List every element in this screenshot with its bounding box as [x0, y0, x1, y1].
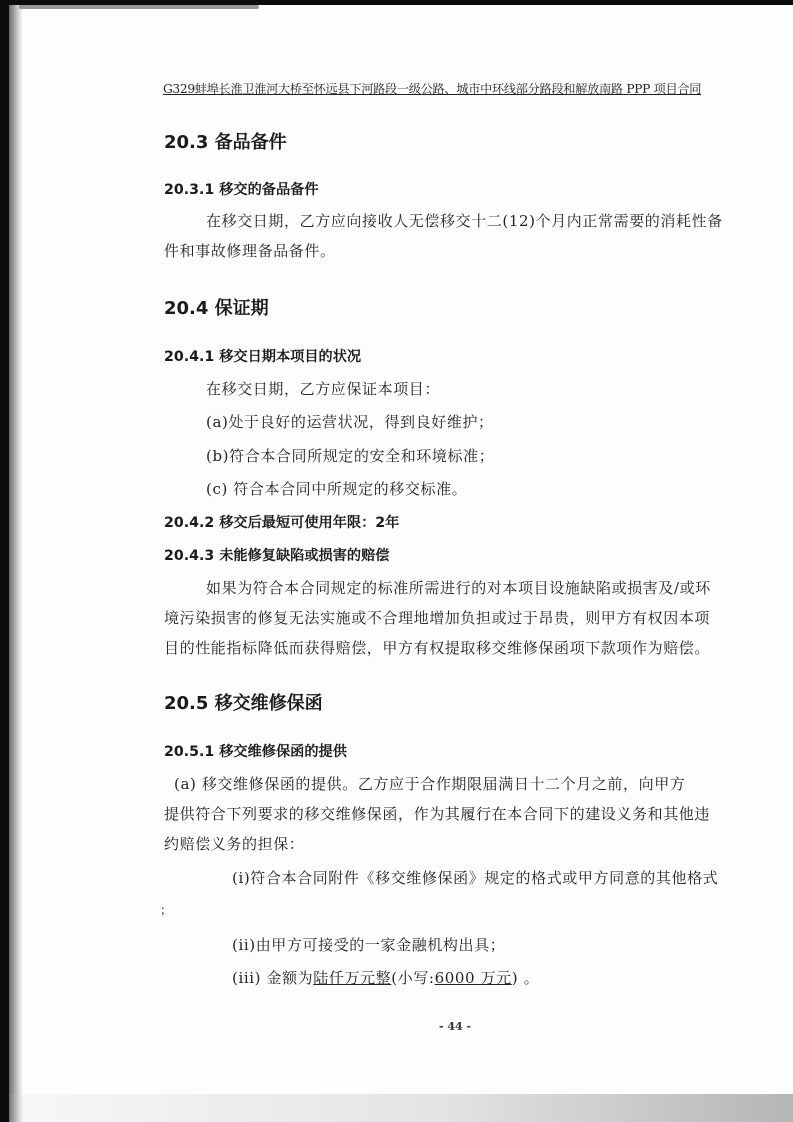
- list-item-a: (a)处于良好的运营状况，得到良好维护；: [206, 411, 494, 432]
- paragraph-line: 如果为符合本合同规定的标准所需进行的对本项目设施缺陷或损害及/或环: [206, 577, 711, 598]
- scan-shadow-bottom: [9, 1094, 793, 1122]
- list-item-b: (b)符合本合同所规定的安全和环境标准；: [206, 445, 494, 466]
- section-heading-20-3: 20.3 备品备件: [164, 128, 287, 154]
- paragraph-line: 在移交日期，乙方应保证本项目：: [206, 378, 440, 399]
- running-header: G329蚌埠长淮卫淮河大桥至怀远县下河路段一级公路、城市中环线部分路段和解放南路…: [163, 80, 701, 97]
- paragraph-line: 境污染损害的修复无法实施或不合理地增加负担或过于昂贵，则甲方有权因本项: [164, 607, 710, 628]
- section-heading-20-5: 20.5 移交维修保函: [164, 689, 323, 715]
- amount-in-figures: 6000 万元: [435, 969, 512, 987]
- paragraph-line: 在移交日期，乙方应向接收人无偿移交十二(12)个月内正常需要的消耗性备: [206, 210, 723, 231]
- amount-prefix: (iii) 金额为: [232, 969, 313, 987]
- section-heading-20-4: 20.4 保证期: [164, 294, 269, 320]
- paragraph-line: 目的性能指标降低而获得赔偿，甲方有权提取移交维修保函项下款项作为赔偿。: [164, 637, 710, 658]
- list-item-c: (c) 符合本合同中所规定的移交标准。: [206, 478, 467, 499]
- paragraph-line: 提供符合下列要求的移交维修保函，作为其履行在本合同下的建设义务和其他违: [164, 803, 710, 824]
- subsection-heading-20-4-1: 20.4.1 移交日期本项目的状况: [164, 346, 361, 366]
- paragraph-line: 约赔偿义务的担保：: [164, 833, 304, 854]
- list-item-iii: (iii) 金额为陆仟万元整(小写:6000 万元) 。: [232, 967, 539, 988]
- paragraph-line: 件和事故修理备品备件。: [164, 240, 336, 261]
- list-item-ii: (ii)由甲方可接受的一家金融机构出具；: [232, 934, 505, 955]
- paragraph-line: (a) 移交维修保函的提供。乙方应于合作期限届满日十二个月之前，向甲方: [174, 773, 685, 794]
- amount-suffix: ) 。: [512, 969, 539, 987]
- list-item-i-continuation: ；: [160, 901, 173, 918]
- amount-in-words: 陆仟万元整: [313, 969, 391, 987]
- list-item-i: (i)符合本合同附件《移交维修保函》规定的格式或甲方同意的其他格式: [232, 867, 718, 888]
- subsection-heading-20-4-2: 20.4.2 移交后最短可使用年限：2年: [164, 512, 399, 532]
- subsection-heading-20-3-1: 20.3.1 移交的备品备件: [164, 179, 319, 199]
- scan-edge-top: [19, 5, 259, 9]
- subsection-heading-20-4-3: 20.4.3 未能修复缺陷或损害的赔偿: [164, 545, 389, 565]
- scan-shadow-left: [9, 5, 23, 1122]
- amount-mid: (小写:: [391, 969, 434, 987]
- subsection-heading-20-5-1: 20.5.1 移交维修保函的提供: [164, 741, 347, 761]
- page-number: - 44 -: [439, 1020, 471, 1033]
